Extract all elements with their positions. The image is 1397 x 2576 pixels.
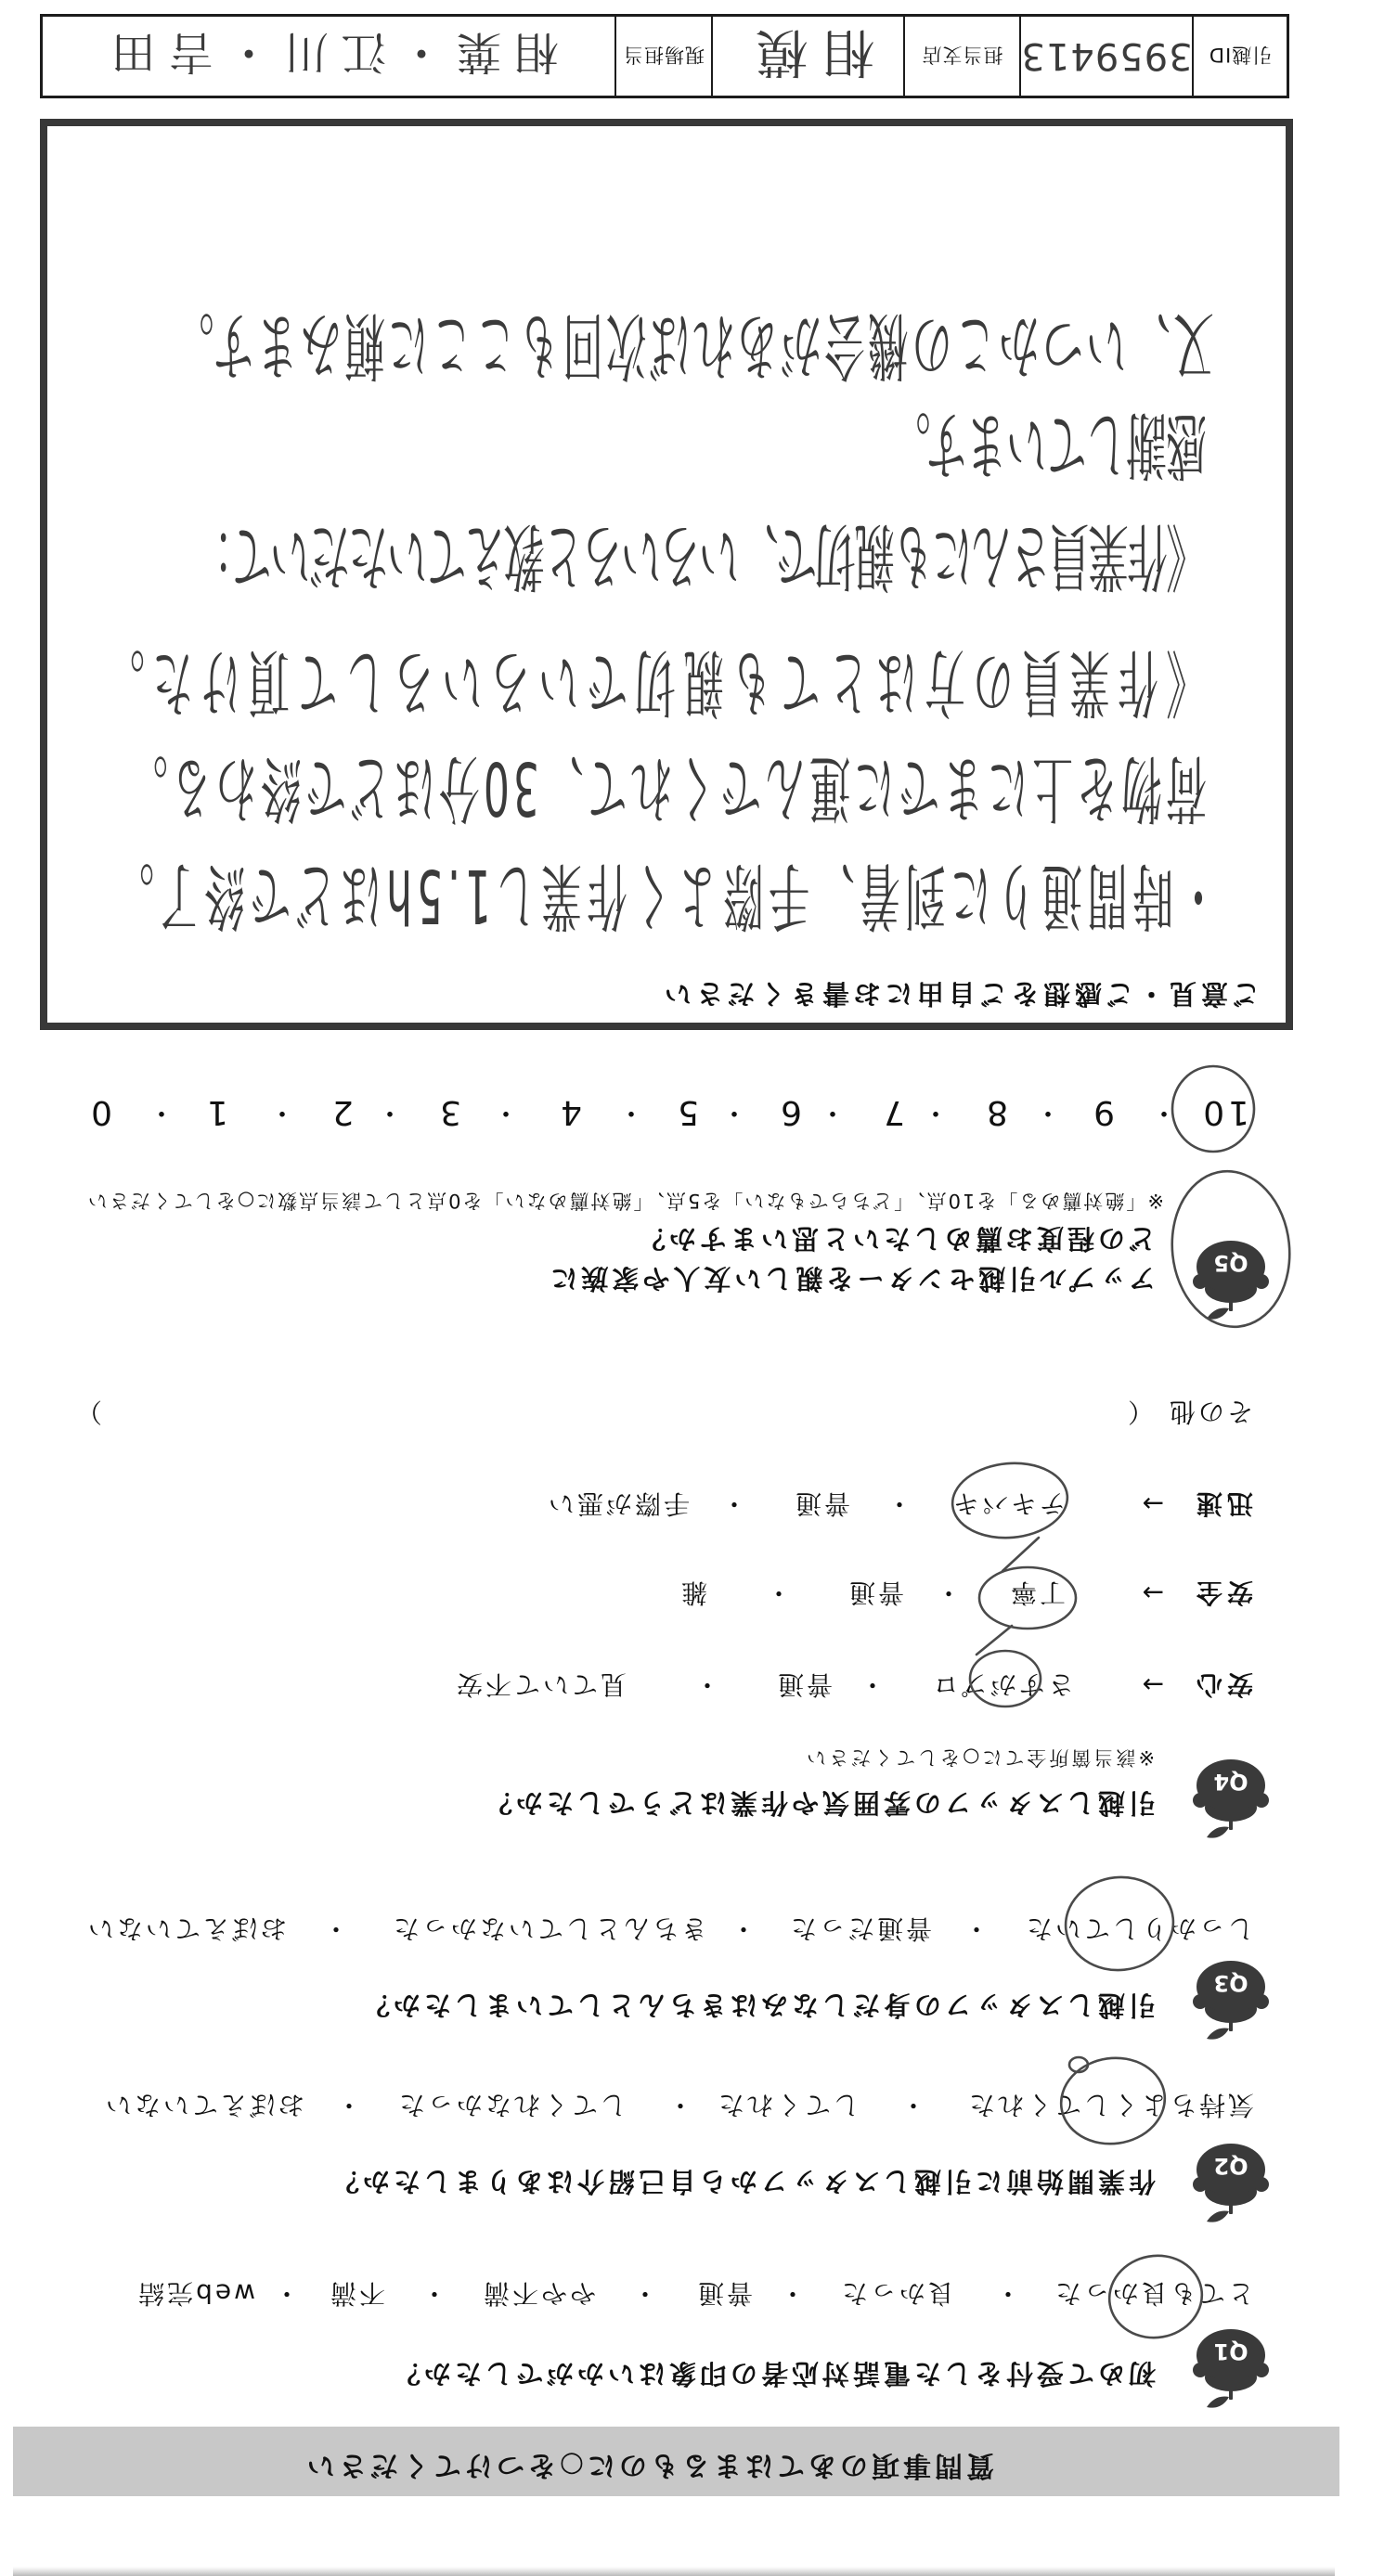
q2-selection-circle: [1055, 2052, 1171, 2151]
q4-anshin-selection-circle: [970, 1651, 1041, 1707]
handwritten-marks-layer: [0, 0, 1397, 2576]
q4-anzen-selection-circle: [979, 1567, 1076, 1629]
q3-selection-circle: [1061, 1872, 1178, 1976]
survey-page: 質問事項のあてはまるものに○をつけてください Q1 初めて受付をした電話対応者の…: [0, 0, 1397, 2576]
q4-connector-stroke: [1002, 1538, 1039, 1571]
q5-selection-circle: [1172, 1066, 1254, 1152]
q5-badge-handwritten-oval: [1165, 1166, 1298, 1333]
q4-jinsoku-selection-circle: [950, 1459, 1071, 1543]
q1-selection-circle: [1103, 2248, 1209, 2345]
